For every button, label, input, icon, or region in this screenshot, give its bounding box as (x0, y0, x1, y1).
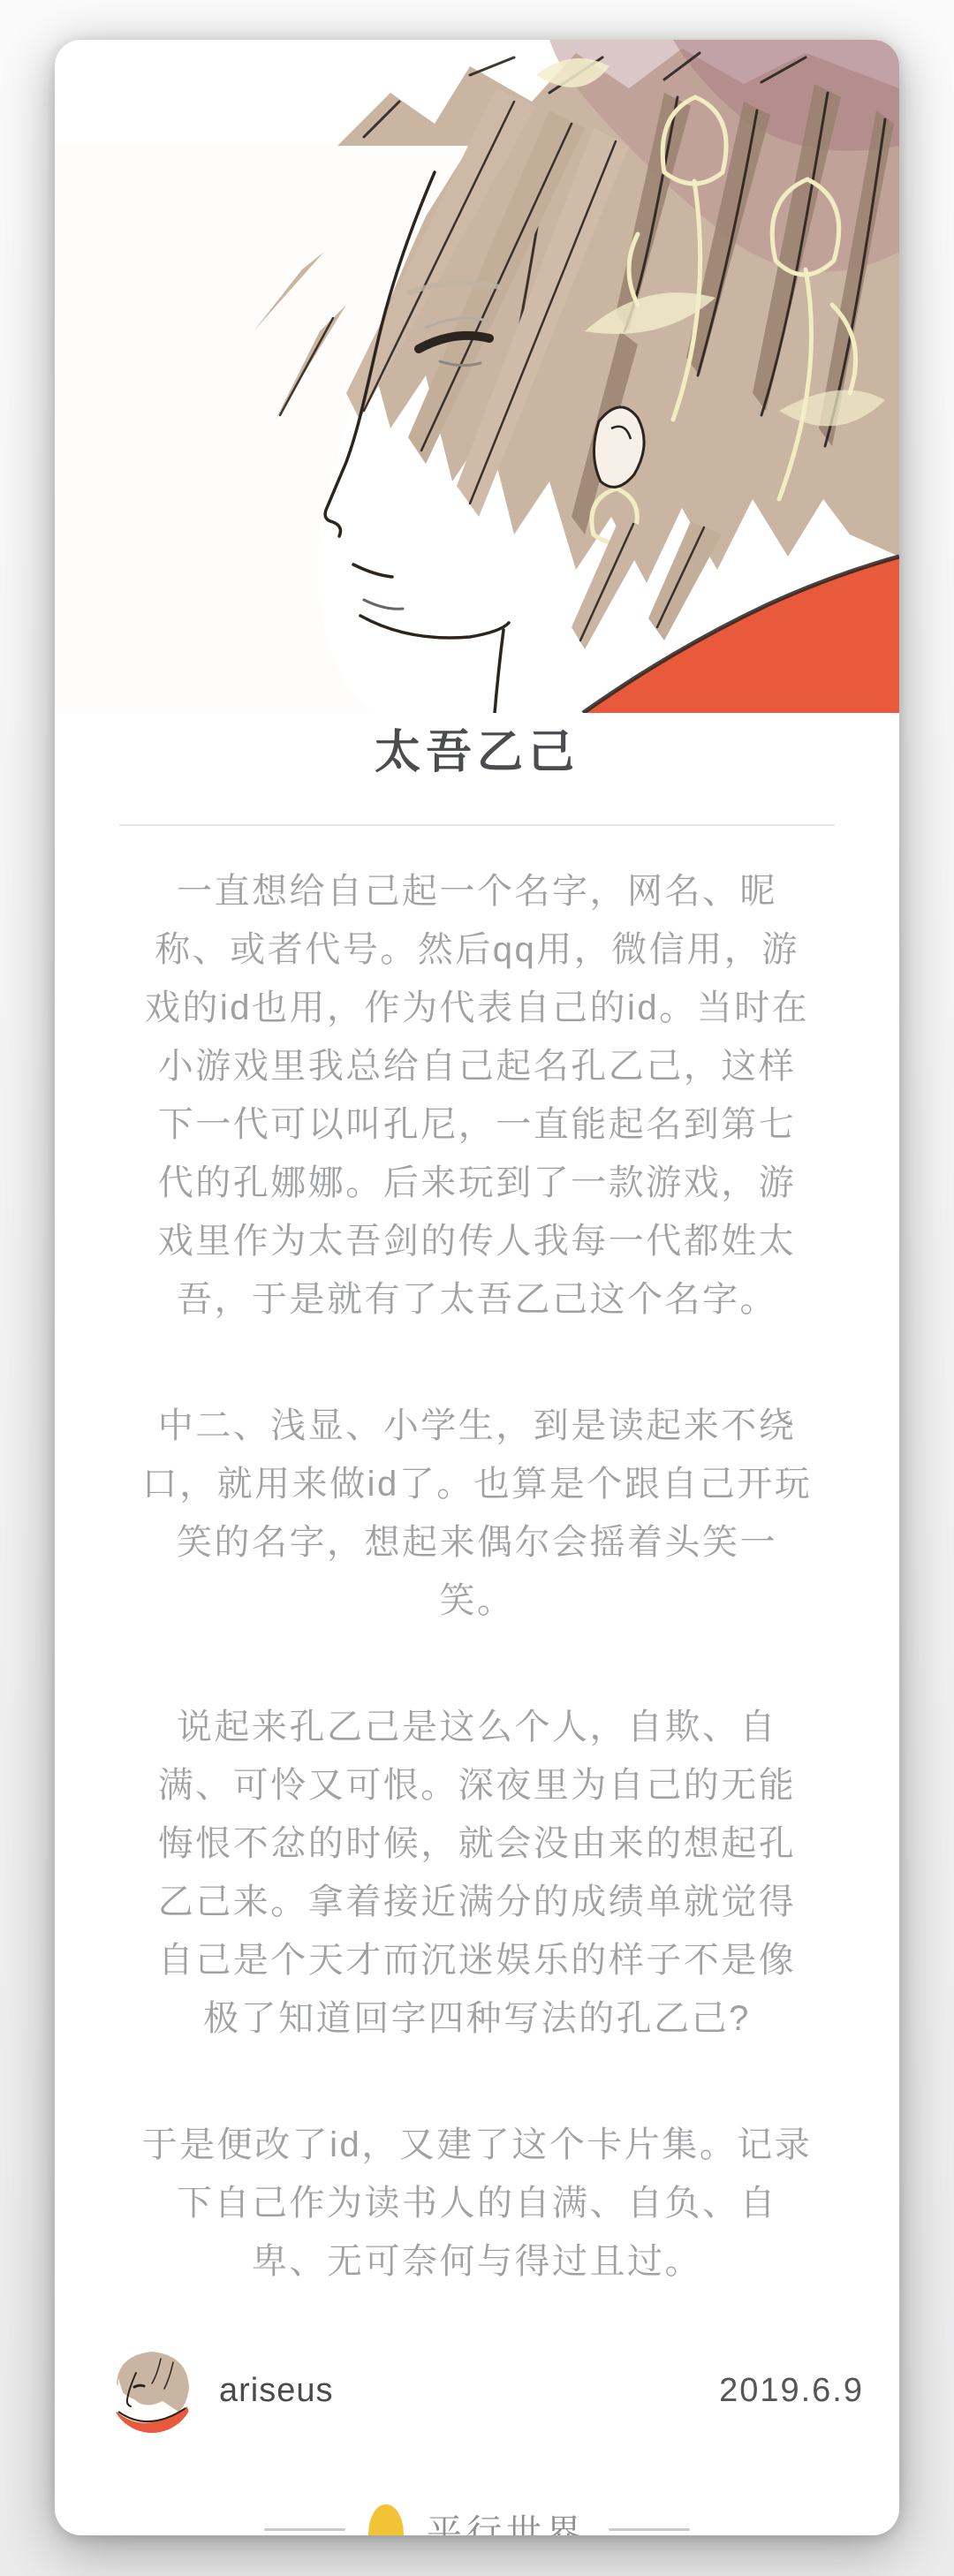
author-row: ariseus 2019.6.9 (55, 2348, 899, 2433)
page-background: 太吾乙己 一直想给自己起一个名字，网名、昵称、或者代号。然后qq用，微信用，游戏… (0, 0, 954, 2576)
brand-row: 平行世界 (55, 2504, 899, 2535)
author-name[interactable]: ariseus (219, 2372, 334, 2410)
paragraph-2: 中二、浅显、小学生，到是读起来不绕口，就用来做id了。也算是个跟自己开玩笑的名字… (140, 1397, 814, 1630)
brand-line-right (609, 2528, 690, 2531)
card-title: 太吾乙己 (55, 713, 899, 792)
brand-line-left (264, 2528, 345, 2531)
card-body: 一直想给自己起一个名字，网名、昵称、或者代号。然后qq用，微信用，游戏的id也用… (55, 862, 899, 2291)
title-divider (119, 824, 835, 826)
paragraph-1: 一直想给自己起一个名字，网名、昵称、或者代号。然后qq用，微信用，游戏的id也用… (140, 862, 814, 1329)
avatar[interactable] (110, 2348, 194, 2433)
paragraph-3: 说起来孔乙己是这么个人，自欺、自满、可怜又可恨。深夜里为自己的无能悔恨不忿的时候… (140, 1698, 814, 2048)
post-date: 2019.6.9 (719, 2372, 864, 2410)
avatar-portrait-svg (110, 2348, 194, 2433)
brand-name: 平行世界 (427, 2504, 586, 2536)
hero-illustration (55, 40, 899, 713)
anime-profile-illustration-svg (55, 40, 899, 713)
egg-icon (368, 2504, 404, 2536)
paragraph-4: 于是便改了id，又建了这个卡片集。记录下自己作为读书人的自满、自负、自卑、无可奈… (140, 2116, 814, 2291)
share-card: 太吾乙己 一直想给自己起一个名字，网名、昵称、或者代号。然后qq用，微信用，游戏… (55, 40, 899, 2535)
